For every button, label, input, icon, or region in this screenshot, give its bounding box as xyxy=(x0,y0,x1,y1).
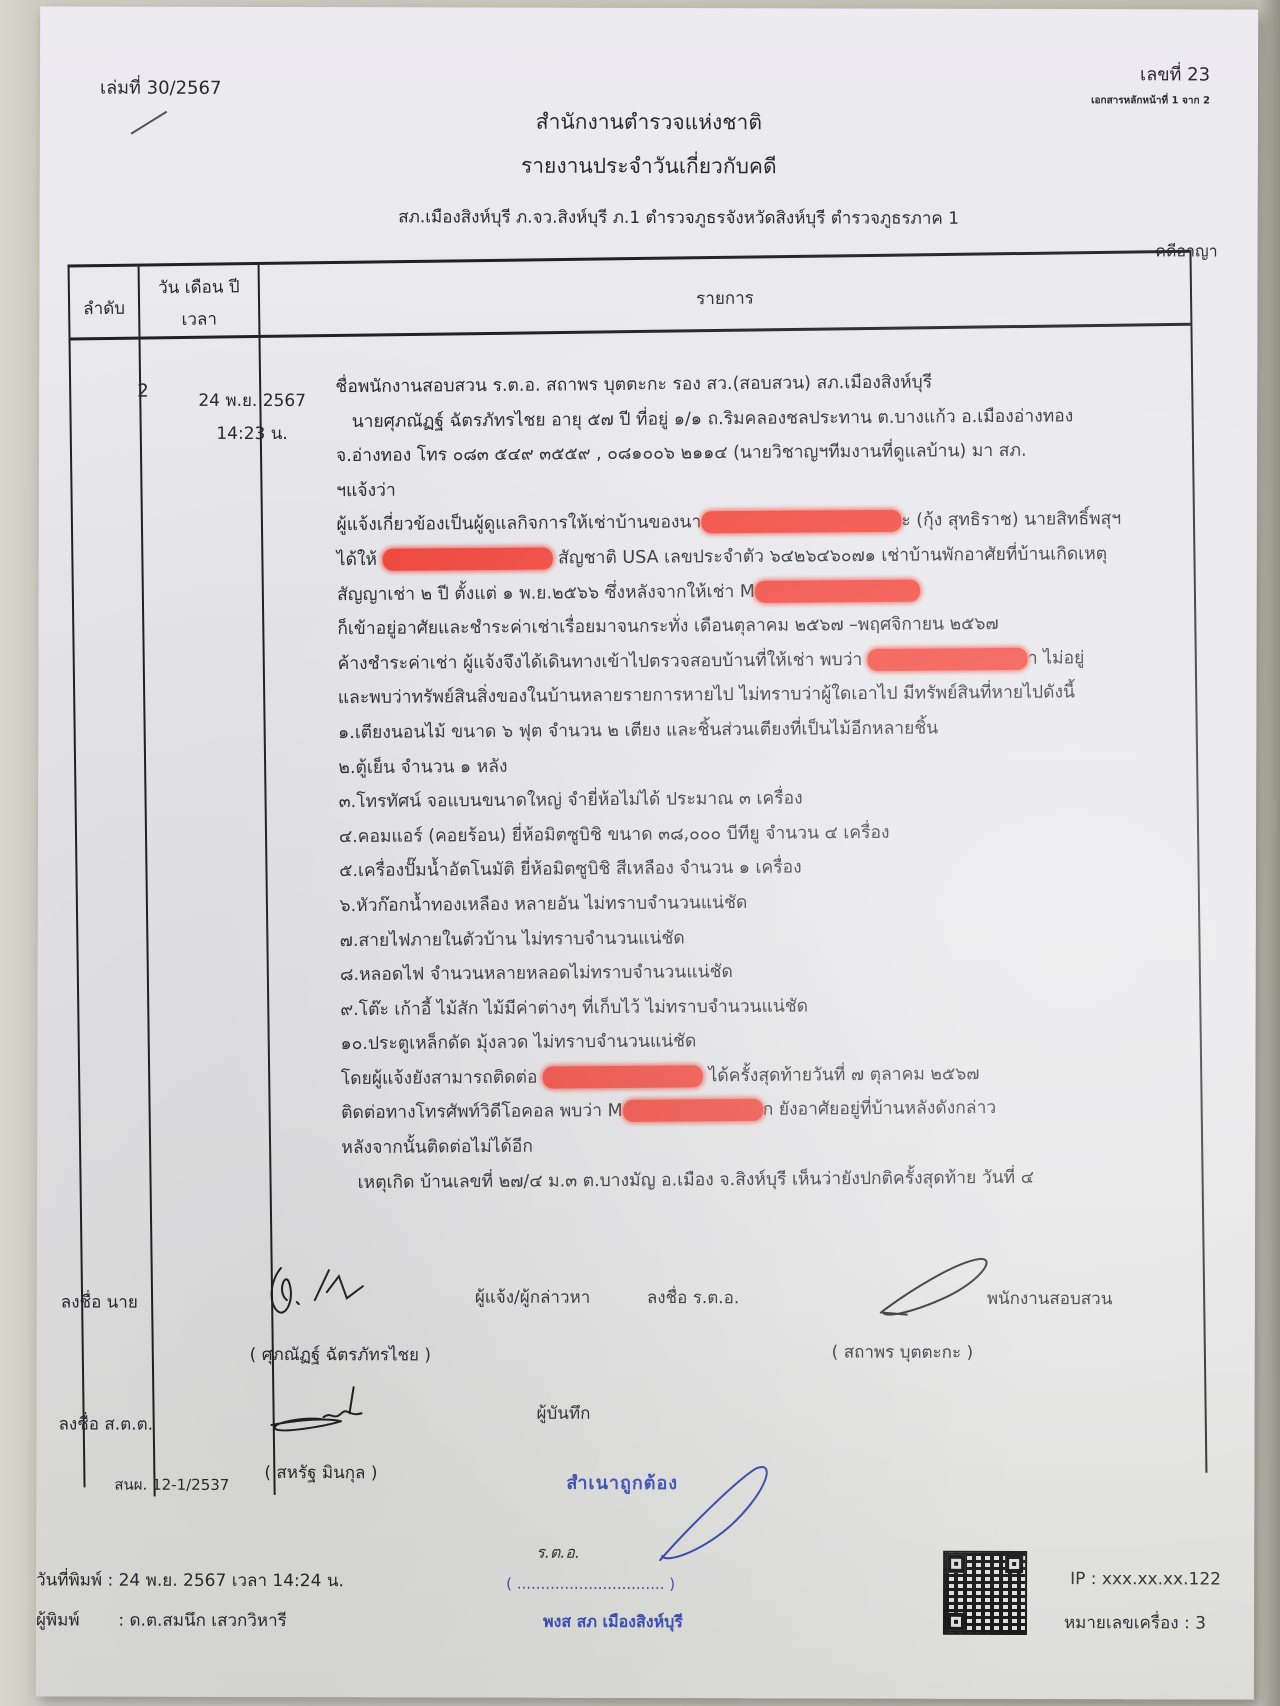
redaction-mark xyxy=(382,547,552,570)
investigator-role: พนักงานสอบสวน xyxy=(987,1285,1113,1312)
text-fragment: า ไม่อยู่ xyxy=(1028,648,1085,668)
complainant-signature xyxy=(267,1262,377,1322)
investigator-name: ( สถาพร บุตตะกะ ) xyxy=(832,1338,974,1365)
text-fragment: ได้ครั้งสุดท้ายวันที่ ๗ ตุลาคม ๒๕๖๗ xyxy=(709,1064,980,1086)
row-date: 24 พ.ย. 2567 xyxy=(192,385,312,418)
complainant-sign-label: ลงชื่อ นาย xyxy=(61,1288,138,1315)
stamp-station: พงส สภ เมืองสิงห์บุรี xyxy=(543,1610,683,1635)
recorder-sign-label: ลงชื่อ ส.ต.ต. xyxy=(58,1410,153,1437)
recorder-role: ผู้บันทึก xyxy=(536,1400,590,1427)
ip-address: IP : xxx.xx.xx.122 xyxy=(1070,1569,1221,1589)
header-sequence: ลำดับ xyxy=(70,295,138,323)
header-date: วัน เดือน ปี เวลา xyxy=(140,271,259,337)
text-fragment: ะ (กุ้ง สุทธิราช) นายสิทธิ์พสุฯ xyxy=(901,509,1121,531)
stamp-name-line: ( ............................... ) xyxy=(506,1575,675,1593)
text-fragment: ค้างชำระค่าเช่า ผู้แจ้งจึงได้เดินทางเข้า… xyxy=(337,650,867,674)
print-date: วันที่พิมพ์ : 24 พ.ย. 2567 เวลา 14:24 น. xyxy=(36,1566,344,1594)
investigator-sign-label: ลงชื่อ ร.ต.อ. xyxy=(647,1284,740,1311)
redaction-mark xyxy=(623,1099,763,1122)
redaction-mark xyxy=(868,648,1028,671)
form-code: สนผ. 12-1/2537 xyxy=(114,1473,229,1497)
header-date-line1: วัน เดือน ปี xyxy=(140,271,258,305)
station-line: สภ.เมืองสิงห์บุรี ภ.จว.สิงห์บุรี ภ.1 ตำร… xyxy=(40,202,1258,232)
print-date-value: : 24 พ.ย. 2567 เวลา 14:24 น. xyxy=(107,1571,343,1592)
body-line: นายศุภณัฏฐ์ ฉัตรภัทรไชย อายุ ๕๗ ปี ที่อย… xyxy=(336,398,1176,439)
row-time: 14:23 น. xyxy=(192,418,312,451)
text-fragment: สัญชาติ USA เลขประจำตัว ๖๔๒๖๔๖๐๗๑ เช่าบ้… xyxy=(552,544,1107,568)
redaction-mark xyxy=(543,1065,703,1088)
body-line: เหตุเกิด บ้านเลขที่ ๒๗/๔ ม.๓ ต.บางมัญ อ.… xyxy=(342,1159,1182,1200)
report-title: รายงานประจำวันเกี่ยวกับคดี xyxy=(40,148,1258,184)
redaction-mark xyxy=(755,579,920,602)
qr-code-icon xyxy=(943,1551,1027,1635)
body-line: ได้ให้ สัญชาติ USA เลขประจำตัว ๖๔๒๖๔๖๐๗๑… xyxy=(337,537,1177,578)
body-line: และพบว่าทรัพย์สินสิ่งของในบ้านหลายรายการ… xyxy=(338,675,1178,716)
header-items: รายการ xyxy=(260,279,1190,318)
row-sequence: 2 xyxy=(137,381,149,402)
text-fragment: โดยผู้แจ้งยังสามารถติดต่อ xyxy=(341,1067,543,1089)
text-fragment: ได้ให้ xyxy=(337,550,383,570)
report-body: ชื่อพนักงานสอบสวน ร.ต.อ. สถาพร บุตตะกะ ร… xyxy=(335,364,1181,1201)
book-number: เล่มที่ 30/2567 xyxy=(100,73,221,102)
redaction-mark xyxy=(701,510,901,534)
text-fragment: สัญญาเช่า ๒ ปี ตั้งแต่ ๑ พ.ย.๒๕๖๖ ซึ่งหล… xyxy=(337,581,755,604)
machine-number: หมายเลขเครื่อง : 3 xyxy=(1064,1609,1206,1636)
investigator-signature xyxy=(877,1253,997,1323)
complainant-role: ผู้แจ้ง/ผู้กล่าวหา xyxy=(475,1284,591,1311)
text-fragment: ติดต่อทางโทรศัพท์วิดีโอคอล พบว่า M xyxy=(341,1101,623,1123)
recorder-signature xyxy=(261,1387,381,1447)
printer-value: : ด.ต.สมนึก เสวกวิหารี xyxy=(118,1611,286,1631)
document-number: เลขที่ 23 xyxy=(1140,59,1210,88)
recorder-name: ( สหรัฐ มินกุล ) xyxy=(264,1459,377,1486)
printer-label: ผู้พิมพ์ xyxy=(36,1610,80,1630)
organization-title: สำนักงานตำรวจแห่งชาติ xyxy=(40,104,1258,140)
report-paper: เล่มที่ 30/2567 เลขที่ 23 เอกสารหลักหน้า… xyxy=(36,6,1258,1699)
row-datetime: 24 พ.ย. 2567 14:23 น. xyxy=(192,385,312,451)
complainant-name: ( ศุภณัฏฐ์ ฉัตรภัทรไชย ) xyxy=(250,1341,431,1368)
text-fragment: ก ยังอาศัยอยู่ที่บ้านหลังดังกล่าว xyxy=(763,1098,997,1120)
stamp-signature xyxy=(656,1460,776,1570)
print-date-label: วันที่พิมพ์ xyxy=(36,1570,102,1590)
page-indicator: เอกสารหลักหน้าที่ 1 จาก 2 xyxy=(1091,93,1210,108)
column-divider xyxy=(138,267,156,1497)
header-date-line2: เวลา xyxy=(140,303,258,337)
printer: ผู้พิมพ์ : ด.ต.สมนึก เสวกวิหารี xyxy=(36,1606,287,1634)
stamp-rank: ร.ต.อ. xyxy=(536,1541,580,1566)
text-fragment: ผู้แจ้งเกี่ยวข้องเป็นผู้ดูแลกิจการให้เช่… xyxy=(336,513,701,536)
